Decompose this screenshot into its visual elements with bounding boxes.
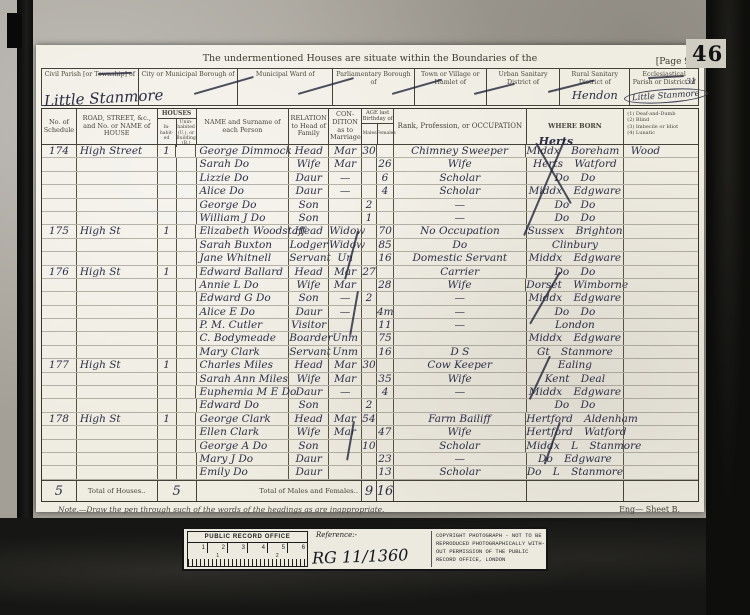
cell-occupation: Wife [393, 158, 526, 170]
cell-where-born: Hertford Aldenham [525, 413, 623, 425]
cell-uninhabited [176, 319, 196, 331]
copyright-line-2: REPRODUCED PHOTOGRAPHICALLY WITH- [436, 540, 543, 548]
cell-inhabited [157, 199, 176, 211]
cell-where-born: Sussex Brighton [526, 225, 624, 237]
ecclesiastical-parish-value: Little Stanmore [624, 86, 708, 106]
cell-where-born: Middx Edgware [526, 332, 624, 344]
header-age-group: AGE last Birthday of Males Females [361, 109, 393, 144]
measuring-ruler: 1 2 [187, 553, 308, 567]
cell-where-born: London [526, 319, 624, 331]
cell-occupation: Scholar [393, 185, 526, 197]
cell-road [76, 440, 157, 452]
cell-condition [328, 212, 361, 224]
table-row: Jane Whitnell Servant Un 16 Domestic Ser… [42, 252, 698, 265]
cell-road [76, 319, 157, 331]
cell-age-male: 27 [361, 266, 376, 278]
copyright-line-1: COPYRIGHT PHOTOGRAPH - NOT TO BE [436, 532, 543, 540]
cell-where-born: Clinbury [526, 239, 624, 251]
cell-inhabited [157, 426, 176, 438]
cell-age-male [361, 373, 376, 385]
cell-uninhabited [176, 199, 196, 211]
total-houses-label: Total of Houses.. [76, 481, 157, 501]
cell-road [76, 158, 157, 170]
cell-age-male [361, 279, 376, 291]
film-notch [7, 13, 22, 48]
cell-infirmity [623, 346, 698, 358]
cell-schedule [42, 199, 76, 211]
cell-occupation: Carrier [393, 266, 526, 278]
cell-relation: Wife [288, 426, 328, 438]
header-males: Males [362, 124, 377, 144]
cell-road: High St [76, 359, 157, 371]
table-row: George Do Son 2 — Do Do [42, 199, 698, 212]
cell-age-male: 2 [361, 199, 376, 211]
cell-occupation [393, 399, 526, 411]
cell-relation: Head [288, 266, 328, 278]
table-row: Sarah Do Wife Mar 26 Wife Herts Watford [42, 158, 698, 171]
census-form: The undermentioned Houses are situate wi… [36, 45, 704, 512]
cell-infirmity [623, 199, 698, 211]
cell-inhabited [157, 386, 176, 398]
cell-uninhabited [176, 453, 196, 465]
cell-name: Lizzie Do [196, 172, 289, 184]
cell-condition: Mar [328, 359, 361, 371]
cell-infirmity [623, 426, 698, 438]
cell-condition: — [328, 172, 361, 184]
cell-infirmity [623, 319, 698, 331]
totals-row: 5 Total of Houses.. 5 Total of Males and… [42, 480, 698, 501]
table-row: Annie L Do Wife Mar 28 Wife Dorset Wimbo… [42, 279, 698, 292]
cell-age-female: 13 [376, 466, 393, 478]
cell-where-born: Do Do [526, 399, 624, 411]
cell-inhabited [157, 185, 176, 197]
cell-schedule: 178 [42, 413, 76, 425]
cell-occupation: Cow Keeper [393, 359, 526, 371]
cell-age-male: 2 [361, 292, 376, 304]
cell-infirmity [623, 440, 698, 452]
cell-schedule [42, 466, 76, 478]
cell-age-female [376, 292, 393, 304]
cell-schedule [42, 386, 76, 398]
cell-age-male [361, 453, 376, 465]
cell-where-born: Dorset Wimborne [525, 279, 623, 291]
table-row: Mary Clark Servant Unm 16 D S Gt Stanmor… [42, 346, 698, 359]
cell-schedule [42, 399, 76, 411]
cell-uninhabited [176, 359, 196, 371]
cell-name: Alice Do [196, 185, 289, 197]
cell-age-male [361, 239, 376, 251]
copyright-line-4: RECORD OFFICE, LONDON [436, 556, 543, 564]
page-number-label: [Page 9 [656, 57, 690, 67]
cell-relation: Boarder [288, 332, 328, 344]
cell-infirmity [623, 172, 698, 184]
cell-age-male: 1 [361, 212, 376, 224]
cell-schedule [42, 306, 76, 318]
copyright-line-3: OUT PERMISSION OF THE PUBLIC [436, 548, 543, 556]
cell-occupation: — [393, 453, 526, 465]
cell-where-born: Herts Watford [526, 158, 624, 170]
cell-infirmity [623, 225, 698, 237]
cell-condition [328, 199, 361, 211]
cell-uninhabited [176, 266, 196, 278]
cell-occupation: Wife [393, 279, 526, 291]
cell-road [76, 279, 157, 291]
cell-schedule: 176 [42, 266, 76, 278]
cell-road: High St [76, 225, 157, 237]
header-females: Females [377, 124, 394, 144]
footer-note: Note.—Draw the pen through such of the w… [58, 505, 384, 514]
cell-schedule [42, 185, 76, 197]
table-row: P. M. Cutler Visitor 11 — London [42, 319, 698, 332]
header-inhabited: In-habit-ed [158, 119, 176, 147]
header-relation: RELATION to Head of Family [288, 109, 328, 144]
cell-name: Edward G Do [196, 292, 289, 304]
cell-condition: Un [328, 252, 361, 264]
cell-name: P. M. Cutler [196, 319, 289, 331]
cell-condition [328, 440, 361, 452]
total-females: 16 [376, 481, 393, 501]
cell-relation: Daur [288, 466, 328, 478]
cell-age-male: 54 [361, 413, 376, 425]
cell-schedule [42, 373, 76, 385]
table-row: Alice E Do Daur — 4m — Do Do [42, 306, 698, 319]
cell-condition [328, 399, 361, 411]
where-born-label: WHERE BORN [528, 123, 623, 131]
cell-age-male [361, 185, 376, 197]
banner-text: The undermentioned Houses are situate wi… [203, 53, 538, 64]
table-row: 177 High St 1 Charles Miles Head Mar 30 … [42, 359, 698, 372]
cell-relation: Daur [288, 172, 328, 184]
total-schedules: 5 [42, 481, 76, 501]
cell-occupation: — [393, 199, 526, 211]
cell-road [76, 252, 157, 264]
cell-uninhabited [176, 426, 196, 438]
cell-condition: Unm [328, 346, 361, 358]
cell-age-male: 30 [361, 145, 376, 157]
film-edge-left [17, 0, 33, 522]
cell-schedule [42, 346, 76, 358]
cell-relation: Head [288, 145, 328, 157]
cell-relation: Son [288, 212, 328, 224]
cell-road [76, 172, 157, 184]
cell-schedule [42, 158, 76, 170]
cell-relation: Son [288, 292, 328, 304]
cell-infirmity [623, 239, 698, 251]
cell-where-born: Do Edgware [526, 453, 624, 465]
cell-uninhabited [176, 239, 196, 251]
cell-uninhabited [176, 225, 196, 237]
cell-name: George A Do [195, 440, 288, 452]
header-condition: CON-DITION as to Marriage [328, 109, 361, 144]
cell-name: George Dimmock [195, 145, 288, 157]
cell-uninhabited [176, 292, 196, 304]
cell-inhabited [157, 440, 176, 452]
cell-occupation: Wife [393, 426, 526, 438]
cell-where-born: Ealing [526, 359, 624, 371]
cell-relation: Servant [288, 346, 328, 358]
cell-road [76, 292, 157, 304]
cell-name: C. Bodymeade [196, 332, 289, 344]
cell-age-female: 26 [376, 158, 393, 170]
cell-inhabited [157, 239, 176, 251]
cell-inhabited [157, 252, 176, 264]
cell-age-female: 47 [376, 426, 393, 438]
cell-age-female: 16 [376, 346, 393, 358]
table-row: 178 High St 1 George Clark Head Mar 54 F… [42, 413, 698, 426]
cell-condition: Mar [328, 426, 361, 438]
cell-age-female: 4 [376, 185, 393, 197]
cell-age-female [376, 440, 393, 452]
cell-inhabited: 1 [157, 266, 176, 278]
cell-age-male [361, 252, 376, 264]
cell-occupation: — [393, 386, 526, 398]
cell-condition: Mar [328, 145, 361, 157]
table-row: George A Do Son 10 Scholar Middx L Stanm… [42, 440, 698, 453]
form-banner: The undermentioned Houses are situate wi… [36, 53, 704, 64]
rural-sanitary-value: Hendon [560, 88, 629, 102]
cell-occupation: — [393, 292, 526, 304]
cell-relation: Son [288, 199, 328, 211]
cell-age-female: 75 [376, 332, 393, 344]
cell-inhabited [157, 306, 176, 318]
cell-relation: Daur [288, 453, 328, 465]
cell-age-male: 2 [361, 399, 376, 411]
header-infirmity: (1) Deaf-and-Dumb (2) Blind (3) Imbecile… [623, 109, 698, 144]
sheet-label: Eng— Sheet B. [619, 505, 680, 514]
cell-infirmity [623, 359, 698, 371]
cell-age-female [376, 199, 393, 211]
cell-age-female: 6 [376, 172, 393, 184]
header-age: AGE last Birthday of [362, 109, 393, 124]
cell-infirmity [623, 466, 698, 478]
scale-number: 4 [248, 543, 268, 553]
table-row: William J Do Son 1 — Do Do [42, 212, 698, 225]
cell-condition: Mar [328, 279, 361, 291]
cell-road [76, 386, 157, 398]
table-row: Sarah Ann Miles Wife Mar 35 Wife Kent De… [42, 373, 698, 386]
cell-inhabited: 1 [157, 225, 176, 237]
cell-where-born: Hertford Watford [525, 426, 623, 438]
header-occupation: Rank, Profession, or OCCUPATION [393, 109, 526, 144]
cell-age-male [361, 332, 376, 344]
cell-occupation: D S [393, 346, 526, 358]
cell-condition [328, 319, 361, 331]
cell-where-born: Middx Edgware [526, 386, 624, 398]
table-row: Edward G Do Son — 2 — Middx Edgware [42, 292, 698, 305]
cell-relation: Son [288, 399, 328, 411]
cell-age-male: 10 [361, 440, 376, 452]
header-road: ROAD, STREET, &c., and No. or NAME of HO… [76, 109, 157, 144]
cell-inhabited: 1 [157, 359, 176, 371]
infirmity-line-4: (4) Lunatic [627, 130, 697, 136]
cell-uninhabited [176, 306, 196, 318]
cell-schedule [42, 332, 76, 344]
cell-uninhabited [176, 440, 196, 452]
cell-uninhabited [176, 466, 196, 478]
folio-number: 46 [692, 41, 723, 66]
cell-where-born: Do Do [526, 212, 624, 224]
urban-sanitary-label: Urban Sanitary District of [487, 71, 560, 87]
film-edge-right [706, 0, 750, 615]
cell-uninhabited [176, 158, 196, 170]
cell-schedule: 174 [42, 145, 76, 157]
civil-parish-box: Civil Parish [or Township] of Little Sta… [42, 69, 138, 105]
cell-name: George Clark [195, 413, 288, 425]
cell-name: Charles Miles [196, 359, 289, 371]
cell-infirmity [623, 252, 698, 264]
total-empty-infirmity [623, 481, 698, 501]
cell-infirmity [623, 413, 698, 425]
cell-age-female: 23 [376, 453, 393, 465]
reference-label: Reference:- [316, 531, 357, 539]
cell-age-female: 16 [376, 252, 393, 264]
scale-number: 5 [268, 543, 288, 553]
cell-name: Annie L Do [195, 279, 288, 291]
cell-schedule [42, 252, 76, 264]
cell-age-male [361, 319, 376, 331]
cell-occupation: Scholar [393, 440, 526, 452]
cell-age-female: 85 [376, 239, 393, 251]
cell-name: William J Do [196, 212, 289, 224]
town-village-box: Town or Village or Hamlet of [414, 69, 486, 105]
cell-name: Mary J Do [196, 453, 289, 465]
cell-occupation: Farm Bailiff [393, 413, 526, 425]
cell-name: Alice E Do [196, 306, 289, 318]
cell-infirmity [623, 373, 698, 385]
cell-schedule: 175 [42, 225, 76, 237]
table-row: Ellen Clark Wife Mar 47 Wife Hertford Wa… [42, 426, 698, 439]
cell-name: George Do [196, 199, 289, 211]
cell-infirmity [623, 212, 698, 224]
cell-inhabited [157, 279, 176, 291]
cell-road [76, 185, 157, 197]
cell-age-male [361, 466, 376, 478]
census-rows: 174 High Street 1 George Dimmock Head Ma… [42, 145, 698, 480]
cell-age-female [376, 359, 393, 371]
cell-schedule: 177 [42, 359, 76, 371]
cell-infirmity [623, 332, 698, 344]
cell-name: Mary Clark [196, 346, 289, 358]
cell-infirmity [623, 145, 698, 157]
header-uninhabited: Unin-habited (U.), or Building (B.) [176, 119, 196, 147]
cell-condition: Unm [328, 332, 361, 344]
cell-uninhabited [176, 252, 196, 264]
cell-road: High St [76, 266, 157, 278]
cell-age-male [361, 225, 376, 237]
cell-road [76, 426, 157, 438]
cell-relation: Wife [288, 279, 328, 291]
pro-reference-stamp: PUBLIC RECORD OFFICE 1 2 3 4 5 6 1 2 Ref… [182, 527, 548, 571]
cell-infirmity [623, 158, 698, 170]
header-schedule: No. of Schedule [42, 109, 76, 144]
table-row: Sarah Buxton Lodger Widow 85 Do Clinbury [42, 239, 698, 252]
cell-age-male: 30 [361, 359, 376, 371]
cell-road [76, 199, 157, 211]
cell-relation: Wife [288, 158, 328, 170]
table-row: C. Bodymeade Boarder Unm 75 Middx Edgwar… [42, 332, 698, 345]
cell-name: Edward Ballard [196, 266, 289, 278]
cell-relation: Son [288, 440, 328, 452]
district-boxes: Civil Parish [or Township] of Little Sta… [41, 68, 699, 106]
where-born-annotation: Herts [539, 135, 573, 148]
cell-uninhabited [176, 185, 196, 197]
total-houses-value: 5 [157, 481, 196, 501]
total-empty-occupation [393, 481, 526, 501]
cell-schedule [42, 279, 76, 291]
pro-scale: PUBLIC RECORD OFFICE 1 2 3 4 5 6 1 2 [187, 531, 308, 567]
cell-uninhabited [176, 212, 196, 224]
cell-road [76, 453, 157, 465]
cell-inhabited: 1 [157, 145, 176, 157]
cell-age-female: 35 [376, 373, 393, 385]
cell-inhabited [157, 172, 176, 184]
cell-road [76, 399, 157, 411]
cell-age-female: 70 [376, 225, 393, 237]
cell-uninhabited [176, 413, 196, 425]
cell-relation: Daur [288, 185, 328, 197]
scale-number: 2 [208, 543, 228, 553]
cell-occupation: Wife [393, 373, 526, 385]
cell-age-male [361, 426, 376, 438]
cell-age-female: 4m [376, 306, 393, 318]
ecclesiastical-parish-box: Ecclesiastical Parish or District of 31 … [629, 69, 698, 105]
cell-uninhabited [176, 373, 196, 385]
cell-road: High Street [76, 145, 157, 157]
cell-infirmity [623, 386, 698, 398]
cell-where-born: Middx Edgware [526, 252, 624, 264]
cell-age-male [361, 306, 376, 318]
copyright-notice: COPYRIGHT PHOTOGRAPH - NOT TO BE REPRODU… [431, 531, 543, 567]
civil-parish-value: Little Stanmore [44, 86, 164, 110]
cell-condition: — [328, 386, 361, 398]
cell-infirmity [623, 306, 698, 318]
cell-name: Edward Do [196, 399, 289, 411]
pro-office-name: PUBLIC RECORD OFFICE [187, 531, 308, 543]
cell-where-born: Do Do [526, 199, 624, 211]
total-persons-label: Total of Males and Females.. [196, 481, 361, 501]
cell-uninhabited [176, 399, 196, 411]
cell-name: Euphemia M E Do [195, 386, 288, 398]
cell-occupation: Domestic Servant [393, 252, 526, 264]
table-row: Edward Do Son 2 Do Do [42, 399, 698, 412]
cell-occupation: No Occupation [393, 225, 526, 237]
total-males: 9 [361, 481, 376, 501]
cell-infirmity [623, 453, 698, 465]
cell-uninhabited [176, 386, 196, 398]
cell-road [76, 332, 157, 344]
cell-occupation: — [393, 212, 526, 224]
cell-age-female [376, 212, 393, 224]
cell-condition: Mar [328, 373, 361, 385]
cell-name: Jane Whitnell [196, 252, 289, 264]
cell-relation: Daur [288, 306, 328, 318]
cell-road [76, 212, 157, 224]
cell-road [76, 346, 157, 358]
table-row: 175 High St 1 Elizabeth Woodstaff Head W… [42, 225, 698, 238]
cell-inhabited [157, 292, 176, 304]
cell-condition: — [328, 185, 361, 197]
total-empty-born [526, 481, 624, 501]
header-houses: HOUSES [158, 109, 196, 119]
cell-uninhabited [176, 172, 196, 184]
table-row: 176 High St 1 Edward Ballard Head Mar 27… [42, 266, 698, 279]
cell-uninhabited [176, 346, 196, 358]
cell-condition: Mar [328, 158, 361, 170]
table-row: Euphemia M E Do Daur — 4 — Middx Edgware [42, 386, 698, 399]
cell-schedule [42, 319, 76, 331]
cell-schedule [42, 292, 76, 304]
cell-road [76, 373, 157, 385]
